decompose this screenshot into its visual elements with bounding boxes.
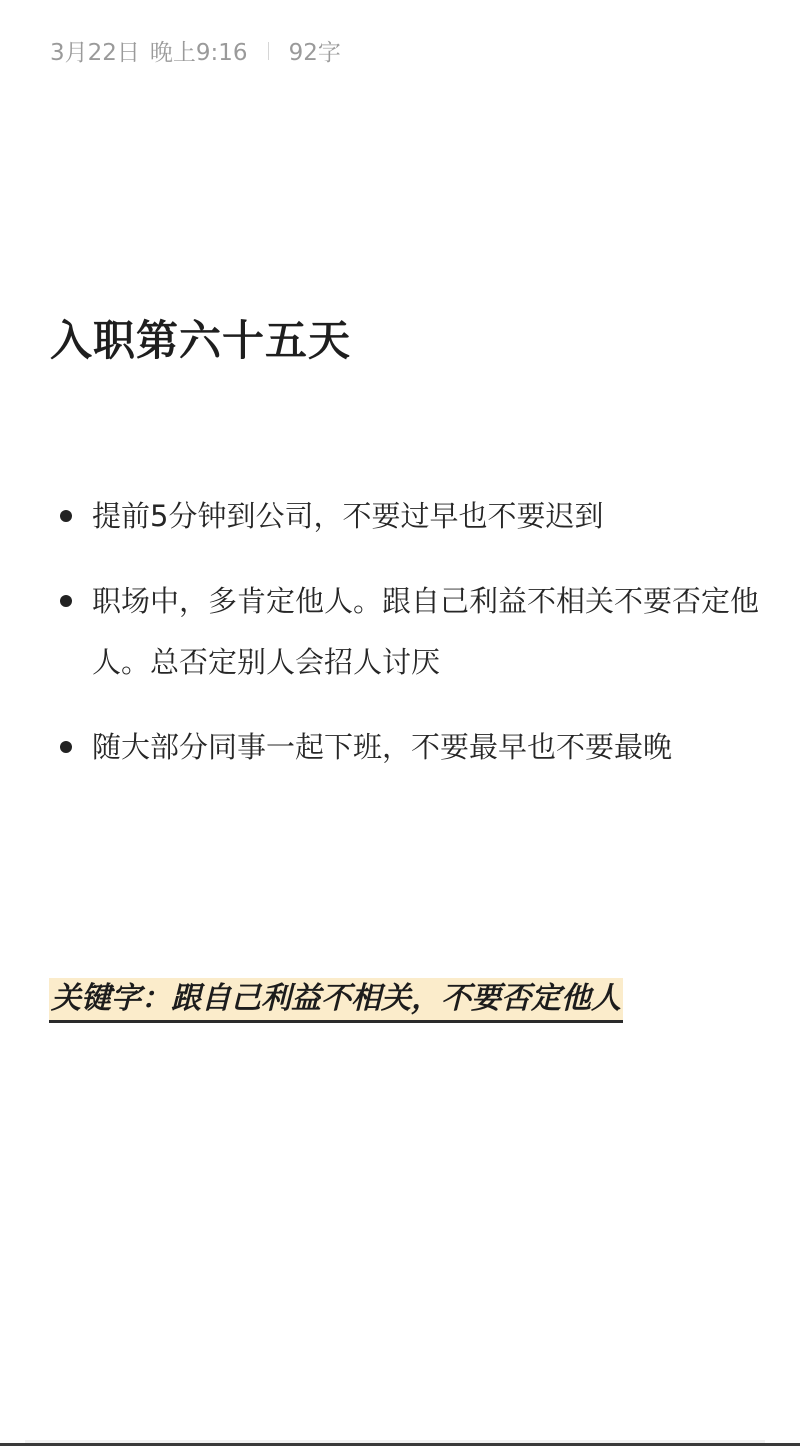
meta-divider <box>268 42 269 60</box>
word-count: 92字 <box>289 34 341 67</box>
list-item[interactable]: 随大部分同事一起下班，不要最早也不要最晚 <box>50 717 770 778</box>
bullet-icon <box>60 595 72 607</box>
bullet-icon <box>60 510 72 522</box>
list-item-text: 职场中，多肯定他人。跟自己利益不相关不要否定他人。总否定别人会招人讨厌 <box>92 584 759 679</box>
highlighted-keyword[interactable]: 关键字：跟自己利益不相关，不要否定他人 <box>49 978 623 1023</box>
note-date: 3月22日 <box>50 34 140 67</box>
bullet-icon <box>60 741 72 753</box>
list-item-text: 提前5分钟到公司，不要过早也不要迟到 <box>92 499 603 533</box>
note-time: 晚上9:16 <box>150 34 248 67</box>
note-title[interactable]: 入职第六十五天 <box>50 308 351 368</box>
list-item[interactable]: 提前5分钟到公司，不要过早也不要迟到 <box>50 486 770 547</box>
note-meta: 3月22日 晚上9:16 92字 <box>50 34 341 67</box>
list-item[interactable]: 职场中，多肯定他人。跟自己利益不相关不要否定他人。总否定别人会招人讨厌 <box>50 571 770 693</box>
bullet-list: 提前5分钟到公司，不要过早也不要迟到 职场中，多肯定他人。跟自己利益不相关不要否… <box>50 486 770 802</box>
list-item-text: 随大部分同事一起下班，不要最早也不要最晚 <box>92 730 672 764</box>
